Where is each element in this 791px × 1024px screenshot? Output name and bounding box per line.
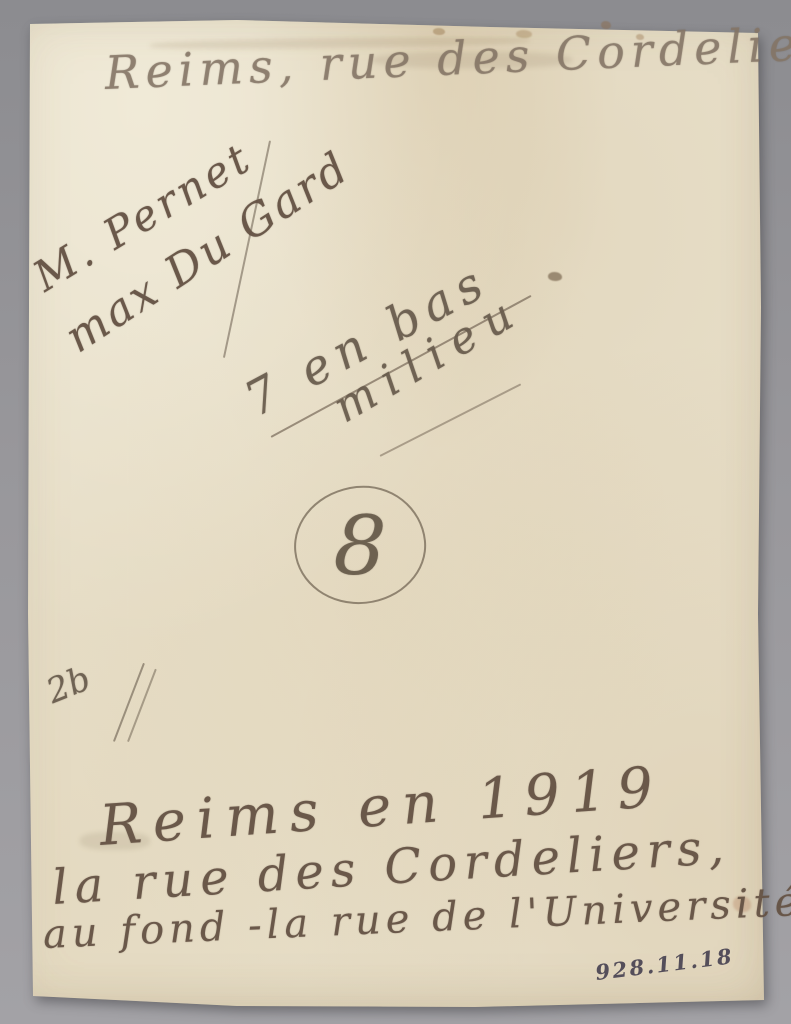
- photo-verso-scan: Reims, rue des Cordeliers M. Pernet max …: [0, 0, 791, 1024]
- inscription-title-top: Reims, rue des Cordeliers: [104, 14, 791, 100]
- accession-number: 928.11.18: [594, 943, 735, 985]
- inscription-corner-mark: 2b: [41, 659, 96, 712]
- double-slash-stroke: [113, 663, 145, 742]
- inscription-layer: Reims, rue des Cordeliers M. Pernet max …: [0, 0, 791, 1024]
- stain-spot: [548, 272, 562, 281]
- double-slash-stroke: [127, 669, 157, 743]
- circled-number: 8: [288, 479, 432, 610]
- circled-number-value: 8: [332, 505, 387, 589]
